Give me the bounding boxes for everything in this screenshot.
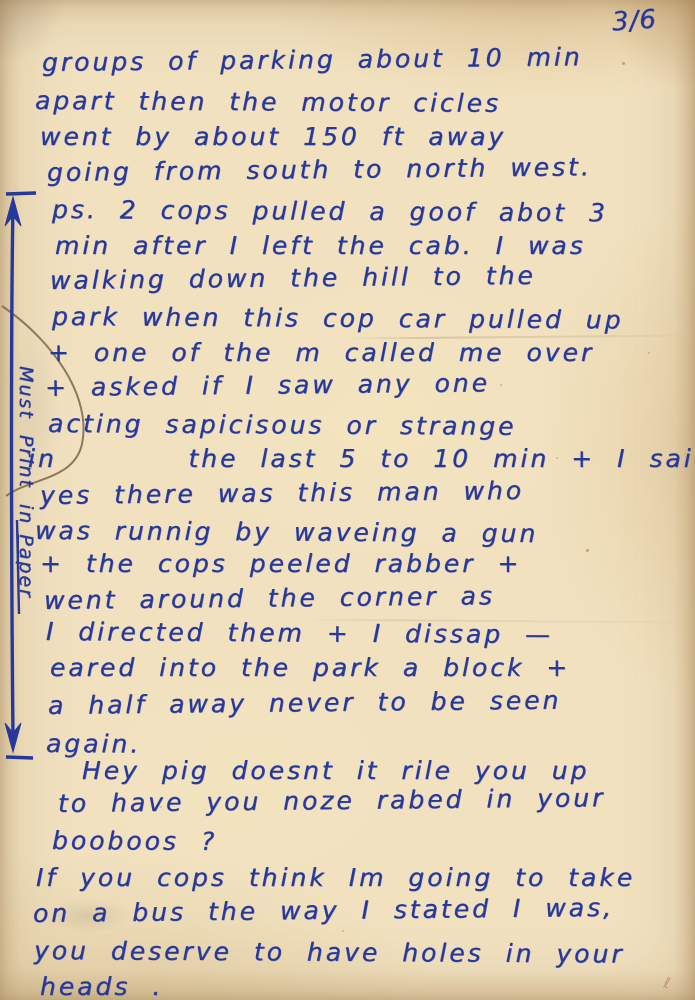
letter-line: + one of the m called me over (48, 338, 594, 368)
letter-line: If you cops think Im going to take (36, 863, 635, 893)
arrow-head-down (5, 723, 21, 752)
corner-mark: ℓ (662, 974, 672, 993)
paper-speck (342, 930, 344, 932)
letter-line: ps. 2 cops pulled a goof abot 3 (52, 195, 608, 228)
paper-speck (586, 549, 589, 552)
paper-speck (648, 352, 650, 354)
paper-speck (500, 384, 502, 386)
arrow-head-up (5, 197, 21, 226)
letter-line: yes there was this man who (40, 476, 524, 511)
arrow-bottom-tick (6, 757, 33, 758)
letter-line: went around the corner as (44, 581, 495, 616)
letter-line: park when this cop car pulled up (52, 302, 624, 335)
letter-line: acting sapicisous or strange (48, 409, 517, 442)
arrow-shaft (12, 204, 14, 738)
letter-line: + asked if I saw any one (45, 368, 490, 403)
margin-note-underlined-word: Paper (15, 534, 37, 599)
letter-line: Hey pig doesnt it rile you up (82, 756, 590, 786)
letter-line: booboos ? (52, 826, 217, 857)
letter-page: 3/6 Must Print inPaper groups of parking… (0, 0, 695, 1000)
letter-line: you deserve to have holes in your (34, 936, 625, 970)
letter-line: groups of parking about 10 min (42, 42, 583, 78)
letter-line: on a bus the way I stated I was, (33, 893, 614, 929)
paper-speck (622, 62, 625, 65)
letter-line: in the last 5 to 10 min + I said (28, 444, 695, 474)
letter-line: apart then the motor cicles (35, 86, 501, 119)
letter-line: going from south to north west. (47, 152, 592, 188)
letter-line: again. (46, 729, 141, 760)
letter-line: eared into the park a block + (50, 653, 570, 683)
letter-line: walking down the hill to the (50, 261, 536, 296)
letter-line: + the cops peeled rabber + (40, 549, 521, 579)
margin-note: Must Print inPaper (15, 366, 37, 599)
letter-line: I directed them + I dissap — (46, 617, 553, 650)
letter-line: to have you noze rabed in your (58, 783, 606, 819)
page-number: 3/6 (611, 4, 658, 37)
letter-line: min after I left the cab. I was (55, 231, 586, 261)
letter-line: was runnig by waveing a gun (35, 516, 538, 549)
letter-line: went by about 150 ft away (40, 122, 506, 152)
arrow-top-tick (6, 193, 36, 194)
letter-line: a half away never to be seen (48, 686, 562, 721)
letter-line: heads . (40, 972, 163, 1000)
